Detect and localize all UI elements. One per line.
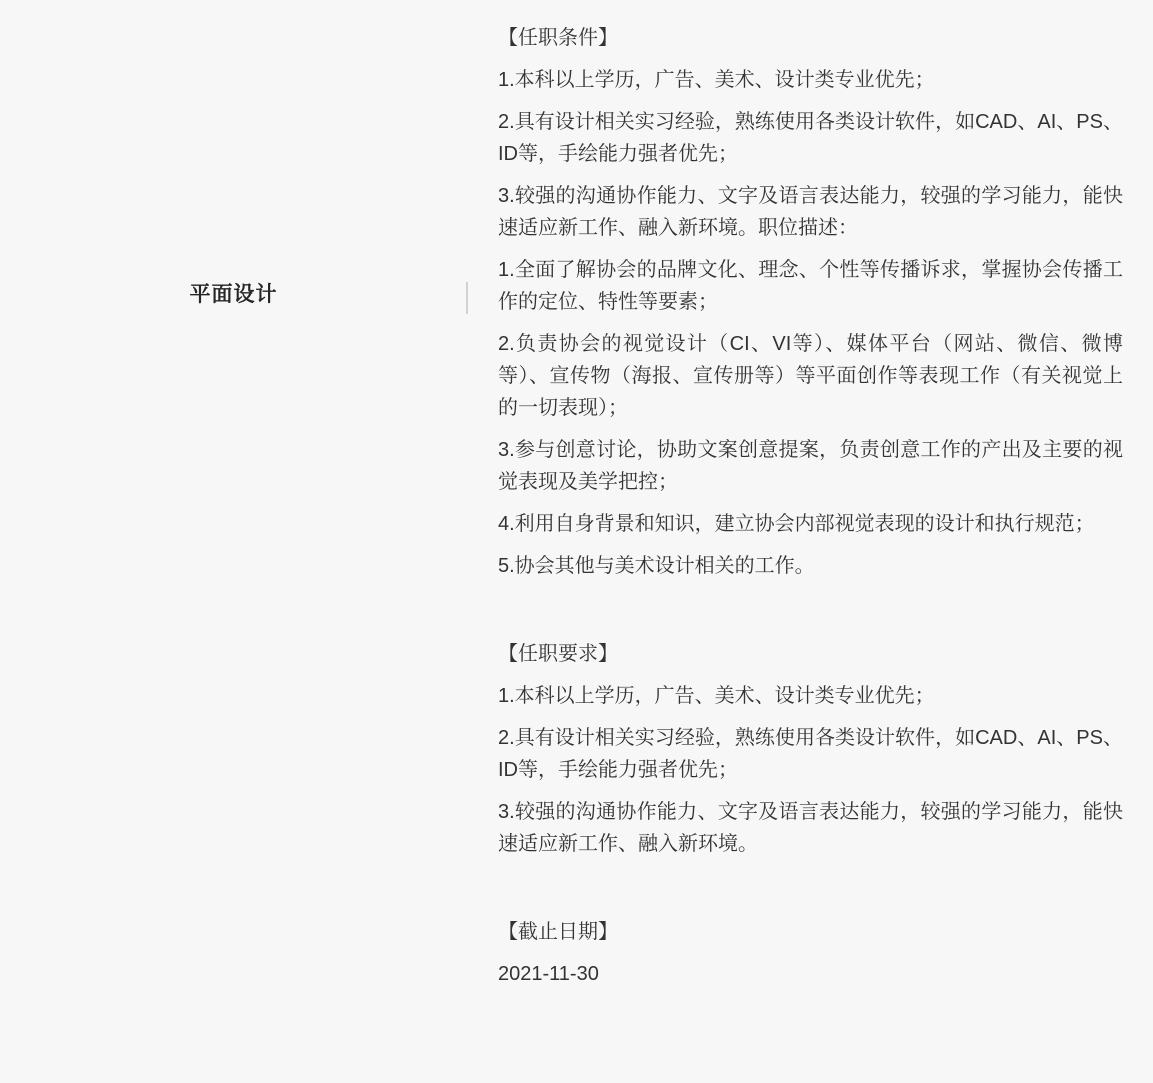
job-details: 【任职条件】1.本科以上学历，广告、美术、设计类专业优先；2.具有设计相关实习经… (498, 22, 1123, 990)
section-heading: 【任职要求】 (498, 638, 1123, 670)
job-section: 【任职要求】1.本科以上学历，广告、美术、设计类专业优先；2.具有设计相关实习经… (498, 638, 1123, 860)
job-title-cell: 平面设计 (0, 279, 467, 311)
job-detail-paragraph: 1.本科以上学历，广告、美术、设计类专业优先； (498, 680, 1123, 712)
section-heading: 【截止日期】 (498, 916, 1123, 948)
job-detail-paragraph: 3.较强的沟通协作能力、文字及语言表达能力，较强的学习能力，能快速适应新工作、融… (498, 796, 1123, 860)
job-detail-paragraph: 2.具有设计相关实习经验，熟练使用各类设计软件，如CAD、AI、PS、ID等，手… (498, 106, 1123, 170)
job-detail-paragraph: 2.具有设计相关实习经验，熟练使用各类设计软件，如CAD、AI、PS、ID等，手… (498, 722, 1123, 786)
job-detail-paragraph: 5.协会其他与美术设计相关的工作。 (498, 550, 1123, 582)
section-heading: 【任职条件】 (498, 22, 1123, 54)
job-section: 【截止日期】2021-11-30 (498, 916, 1123, 990)
job-title: 平面设计 (190, 283, 278, 306)
job-posting-page: 平面设计 【任职条件】1.本科以上学历，广告、美术、设计类专业优先；2.具有设计… (0, 0, 1153, 1083)
vertical-divider (466, 282, 468, 314)
job-detail-paragraph: 4.利用自身背景和知识，建立协会内部视觉表现的设计和执行规范； (498, 508, 1123, 540)
job-detail-paragraph: 3.较强的沟通协作能力、文字及语言表达能力，较强的学习能力，能快速适应新工作、融… (498, 180, 1123, 244)
job-detail-paragraph: 3.参与创意讨论，协助文案创意提案，负责创意工作的产出及主要的视觉表现及美学把控… (498, 434, 1123, 498)
job-detail-paragraph: 1.全面了解协会的品牌文化、理念、个性等传播诉求，掌握协会传播工作的定位、特性等… (498, 254, 1123, 318)
job-detail-paragraph: 2021-11-30 (498, 958, 1123, 990)
job-detail-paragraph: 2.负责协会的视觉设计（CI、VI等）、媒体平台（网站、微信、微博等）、宣传物（… (498, 328, 1123, 424)
job-section: 【任职条件】1.本科以上学历，广告、美术、设计类专业优先；2.具有设计相关实习经… (498, 22, 1123, 582)
job-detail-paragraph: 1.本科以上学历，广告、美术、设计类专业优先； (498, 64, 1123, 96)
